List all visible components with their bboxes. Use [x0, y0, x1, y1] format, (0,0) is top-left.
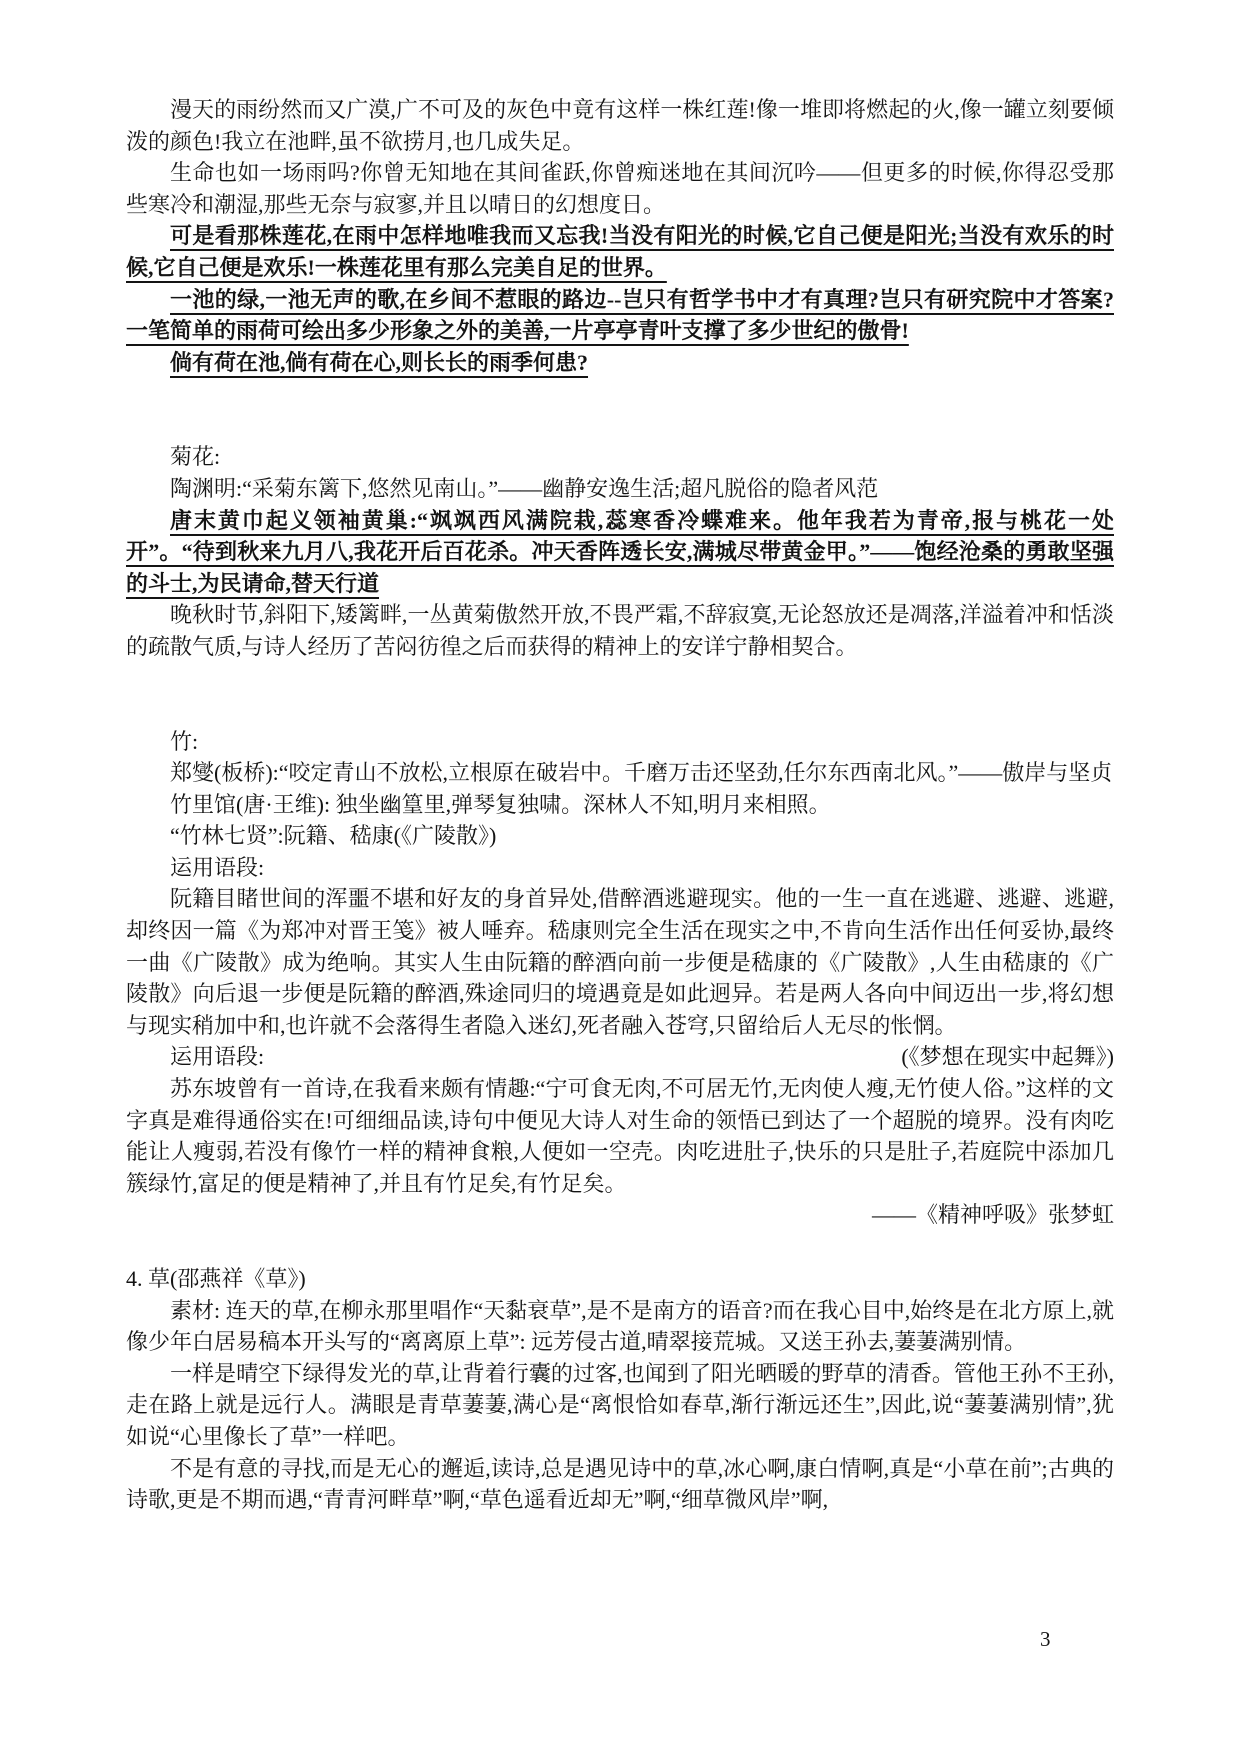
- paragraph-pond-green-emphasis: 一池的绿,一池无声的歌,在乡间不惹眼的路边--岂只有哲学书中才有真理?岂只有研究…: [126, 284, 1114, 347]
- document-page: 漫天的雨纷然而又广漠,广不可及的灰色中竟有这样一株红莲!像一堆即将燃起的火,像一…: [0, 0, 1241, 1754]
- paragraph-grass-poetry-encounter: 不是有意的寻找,而是无心的邂逅,读诗,总是遇见诗中的草,冰心啊,康白情啊,真是“…: [126, 1453, 1114, 1516]
- paragraph-life-as-rain: 生命也如一场雨吗?你曾无知地在其间雀跃,你曾痴迷地在其间沉吟——但更多的时候,你…: [126, 157, 1114, 220]
- paragraph-grass-material: 素材: 连天的草,在柳永那里唱作“天黏衰草”,是不是南方的语音?而在我心目中,始…: [126, 1295, 1114, 1358]
- paragraph-grass-sunlit: 一样是晴空下绿得发光的草,让背着行囊的过客,也闻到了阳光晒暖的野草的清香。管他王…: [126, 1358, 1114, 1453]
- label-usage-passage-1: 运用语段:: [126, 852, 1114, 884]
- heading-bamboo: 竹:: [126, 726, 1114, 758]
- paragraph-bamboo-cottage-quote: 竹里馆(唐·王维): 独坐幽篁里,弹琴复独啸。深林人不知,明月来相照。: [126, 789, 1114, 821]
- paragraph-zheng-xie-quote: 郑燮(板桥):“咬定青山不放松,立根原在破岩中。千磨万击还坚劲,任尔东西南北风。…: [126, 757, 1114, 789]
- heading-grass-section: 4. 草(邵燕祥《草》): [126, 1263, 1114, 1295]
- paragraph-lotus-in-heart-emphasis: 倘有荷在池,倘有荷在心,则长长的雨季何患?: [126, 347, 1114, 379]
- paragraph-ruanji-jikang-passage: 阮籍目睹世间的浑噩不堪和好友的身首异处,借醉酒逃避现实。他的一生一直在逃避、逃避…: [126, 883, 1114, 1041]
- paragraph-lotus-sunlight-emphasis: 可是看那株莲花,在雨中怎样地唯我而又忘我!当没有阳光的时候,它自己便是阳光;当没…: [126, 220, 1114, 283]
- page-number: 3: [1040, 1626, 1051, 1652]
- attribution-spirit-breathing: ——《精神呼吸》张梦虹: [126, 1199, 1114, 1231]
- passage-text: 阮籍目睹世间的浑噩不堪和好友的身首异处,借醉酒逃避现实。他的一生一直在逃避、逃避…: [126, 886, 1114, 1037]
- heading-chrysanthemum: 菊花:: [126, 441, 1114, 473]
- paragraph-huang-chao-quote-emphasis: 唐末黄巾起义领袖黄巢:“飒飒西风满院栽,蕊寒香冷蝶难来。他年我若为青帝,报与桃花…: [126, 505, 1114, 600]
- paragraph-tao-yuanming-quote: 陶渊明:“采菊东篱下,悠然见南山。”——幽静安逸生活;超凡脱俗的隐者风范: [126, 473, 1114, 505]
- passage-source-attribution: (《梦想在现实中起舞》): [901, 1041, 1114, 1073]
- paragraph-rain-lotus-intro: 漫天的雨纷然而又广漠,广不可及的灰色中竟有这样一株红莲!像一堆即将燃起的火,像一…: [126, 94, 1114, 157]
- document-body: 漫天的雨纷然而又广漠,广不可及的灰色中竟有这样一株红莲!像一堆即将燃起的火,像一…: [126, 94, 1114, 1516]
- paragraph-late-autumn-chrysanthemum: 晚秋时节,斜阳下,矮篱畔,一丛黄菊傲然开放,不畏严霜,不辞寂寞,无论怒放还是凋落…: [126, 599, 1114, 662]
- paragraph-su-dongpo-passage: 苏东坡曾有一首诗,在我看来颇有情趣:“宁可食无肉,不可居无竹,无肉使人瘦,无竹使…: [126, 1073, 1114, 1199]
- paragraph-seven-sages: “竹林七贤”:阮籍、嵇康(《广陵散》): [126, 820, 1114, 852]
